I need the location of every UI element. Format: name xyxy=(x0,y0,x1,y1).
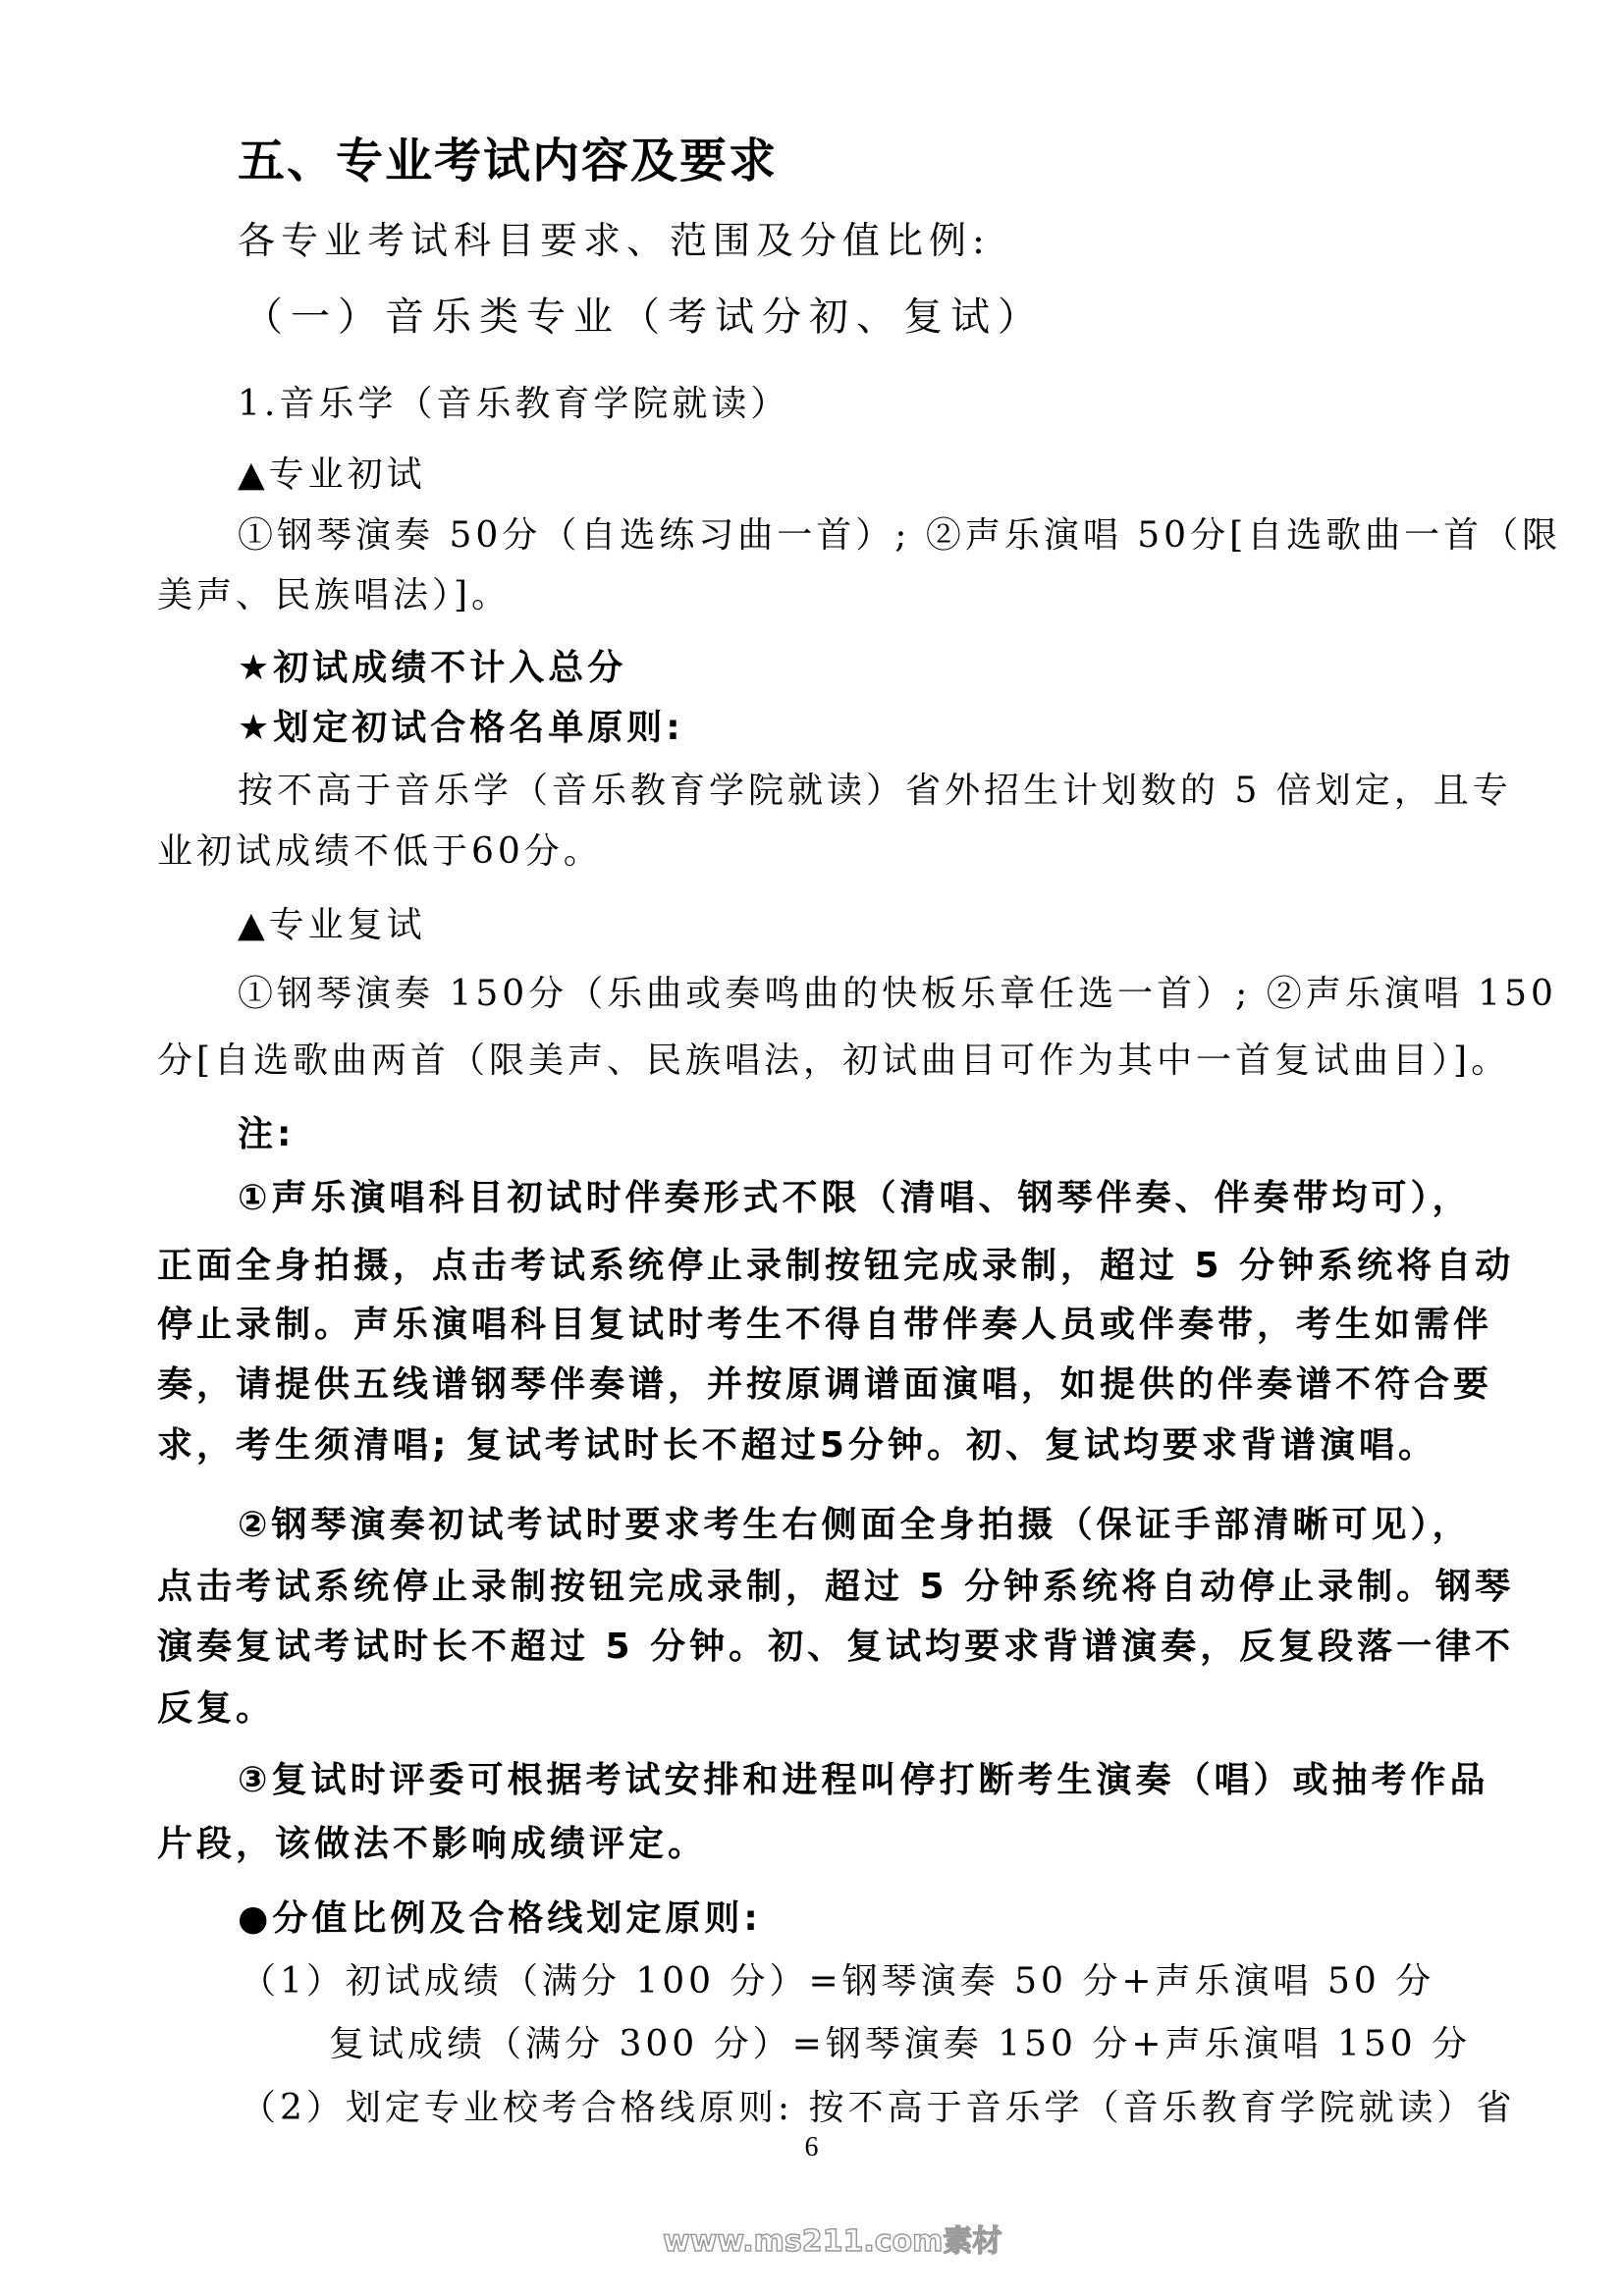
page-number: 6 xyxy=(0,2132,1623,2163)
section-title: 五、专业考试内容及要求 xyxy=(238,132,778,190)
major-heading: 1.音乐学（音乐教育学院就读） xyxy=(238,382,789,427)
scoring-heading: ●分值比例及合格线划定原则: xyxy=(238,1896,762,1942)
retest-content-cont: 分[自选歌曲两首（限美声、民族唱法，初试曲目可作为其中一首复试曲目）]。 xyxy=(157,1039,1510,1084)
note-1-line: 停止录制。声乐演唱科目复试时考生不得自带伴奏人员或伴奏带，考生如需伴 xyxy=(157,1303,1492,1348)
notes-heading: 注: xyxy=(238,1112,295,1157)
note-3-line: 片段，该做法不影响成绩评定。 xyxy=(157,1822,707,1867)
scoring-item-2: （2）划定专业校考合格线原则: 按不高于音乐学（音乐教育学院就读）省 xyxy=(241,2086,1515,2131)
note-1-line: 求，考生须清唱; 复试考试时长不超过5分钟。初、复试均要求背谱演唱。 xyxy=(157,1423,1437,1468)
preliminary-heading: ▲专业初试 xyxy=(238,453,426,498)
intro-text: 各专业考试科目要求、范围及分值比例: xyxy=(238,218,991,263)
pass-list-text: 按不高于音乐学（音乐教育学院就读）省外招生计划数的 5 倍划定，且专 xyxy=(238,769,1512,814)
retest-heading: ▲专业复试 xyxy=(238,903,426,948)
watermark: www.ms211.com素材 xyxy=(663,2216,1001,2260)
note-2-line: 点击考试系统停止录制按钮完成录制，超过 5 分钟系统将自动停止录制。钢琴 xyxy=(157,1565,1514,1610)
note-1-line: ①声乐演唱科目初试时伴奏形式不限（清唱、钢琴伴奏、伴奏带均可）， xyxy=(238,1176,1471,1221)
note-2-line: ②钢琴演奏初试考试时要求考生右侧面全身拍摄（保证手部清晰可见）， xyxy=(238,1503,1471,1548)
preliminary-content-cont: 美声、民族唱法）]。 xyxy=(157,573,511,618)
note-1-line: 正面全身拍摄，点击考试系统停止录制按钮完成录制，超过 5 分钟系统将自动 xyxy=(157,1244,1514,1289)
scoring-item-1: （1）初试成绩（满分 100 分）=钢琴演奏 50 分+声乐演唱 50 分 xyxy=(241,1959,1434,2004)
retest-content: ①钢琴演奏 150分（乐曲或奏鸣曲的快板乐章任选一首）; ②声乐演唱 150 xyxy=(238,972,1557,1017)
note-3-line: ③复试时评委可根据考试安排和进程叫停打断考生演奏（唱）或抽考作品 xyxy=(238,1758,1488,1803)
pass-list-heading: ★划定初试合格名单原则: xyxy=(238,706,684,751)
note-2-line: 反复。 xyxy=(157,1686,275,1732)
not-counted-note: ★初试成绩不计入总分 xyxy=(238,646,626,691)
scoring-item-1-retest: 复试成绩（满分 300 分）=钢琴演奏 150 分+声乐演唱 150 分 xyxy=(329,2022,1471,2067)
category-heading: （一）音乐类专业（考试分初、复试） xyxy=(243,294,1045,340)
pass-list-text-cont: 业初试成绩不低于60分。 xyxy=(157,829,603,875)
note-1-line: 奏，请提供五线谱钢琴伴奏谱，并按原调谱面演唱，如提供的伴奏谱不符合要 xyxy=(157,1362,1492,1408)
note-2-line: 演奏复试考试时长不超过 5 分钟。初、复试均要求背谱演奏，反复段落一律不 xyxy=(157,1625,1514,1670)
preliminary-content: ①钢琴演奏 50分（自选练习曲一首）; ②声乐演唱 50分[自选歌曲一首（限 xyxy=(238,513,1561,559)
